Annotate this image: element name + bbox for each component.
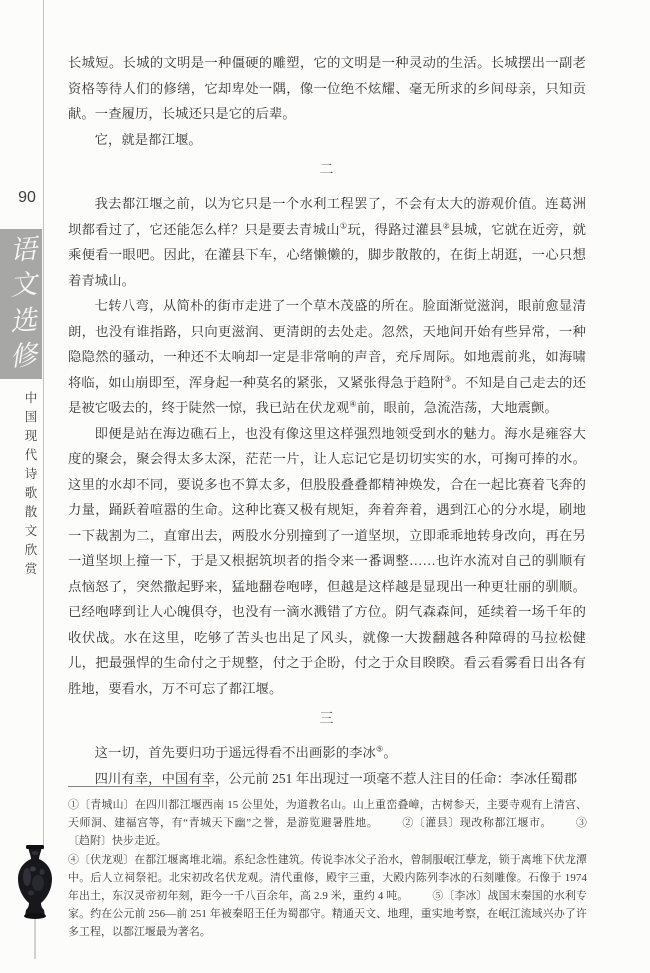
body-paragraph: 四川有幸，中国有幸，公元前 251 年出现过一项毫不惹人注目的任命：李冰任蜀郡 [68, 766, 586, 792]
margin-rule [43, 0, 44, 850]
section-heading: 二 [68, 161, 586, 181]
footnote-group: ④〔伏龙观〕在都江堰离堆北端。系纪念性建筑。传说李冰父子治水，曾制服岷江孽龙，锁… [68, 851, 587, 942]
vase-icon [14, 845, 56, 963]
series-title-char: 语 [8, 234, 38, 266]
series-title-char: 文 [8, 270, 38, 302]
section-heading: 三 [68, 710, 586, 730]
body-paragraph: 这一切，首先要归功于遥远得看不出画影的李冰⑤。 [68, 740, 586, 766]
footnote-entry: ②〔灌县〕现改称都江堰市。 [402, 817, 552, 829]
note-ref: ④ [349, 400, 356, 409]
body-paragraph: 即便是站在海边礁石上，也没有像这里这样强烈地领受到水的魅力。海水是雍容大度的聚会… [68, 421, 586, 702]
vase-image [14, 845, 56, 963]
series-title-char: 修 [8, 341, 38, 373]
body-paragraph: 它，就是都江堰。 [68, 127, 586, 153]
body-text: 长城短。长城的文明是一种僵硬的雕塑，它的文明是一种灵动的生活。长城摆出一副老资格… [68, 50, 586, 791]
footnotes: ①〔青城山〕在四川都江堰西南 15 公里处，为道教名山。山上重峦叠嶂，古树参天，… [68, 796, 587, 942]
body-paragraph: 我去都江堰之前，以为它只是一个水利工程罢了，不会有太大的游观价值。连葛洲坝都看过… [68, 191, 586, 293]
page-number: 90 [13, 189, 41, 207]
body-paragraph: 长城短。长城的文明是一种僵硬的雕塑，它的文明是一种灵动的生活。长城摆出一副老资格… [68, 50, 586, 127]
footnote-divider [68, 786, 209, 787]
note-ref: ② [443, 221, 451, 230]
note-ref: ⑤ [376, 745, 383, 754]
series-subtitle: 中国现代诗歌散文欣赏 [21, 391, 39, 606]
series-title-char: 选 [8, 305, 38, 337]
footnote-group: ①〔青城山〕在四川都江堰西南 15 公里处，为道教名山。山上重峦叠嶂，古树参天，… [68, 796, 587, 851]
series-title-box: 语文选修 [0, 229, 42, 379]
body-paragraph: 七转八弯，从简朴的街市走进了一个草木茂盛的所在。脸面渐觉滋润，眼前愈显清朗，也没… [68, 293, 586, 421]
note-ref: ① [340, 221, 348, 230]
note-ref: ③ [444, 374, 452, 383]
book-page: 90 语文选修 中国现代诗歌散文欣赏 长城短。长城的文明是一种僵硬的雕塑，它的文… [0, 0, 650, 973]
